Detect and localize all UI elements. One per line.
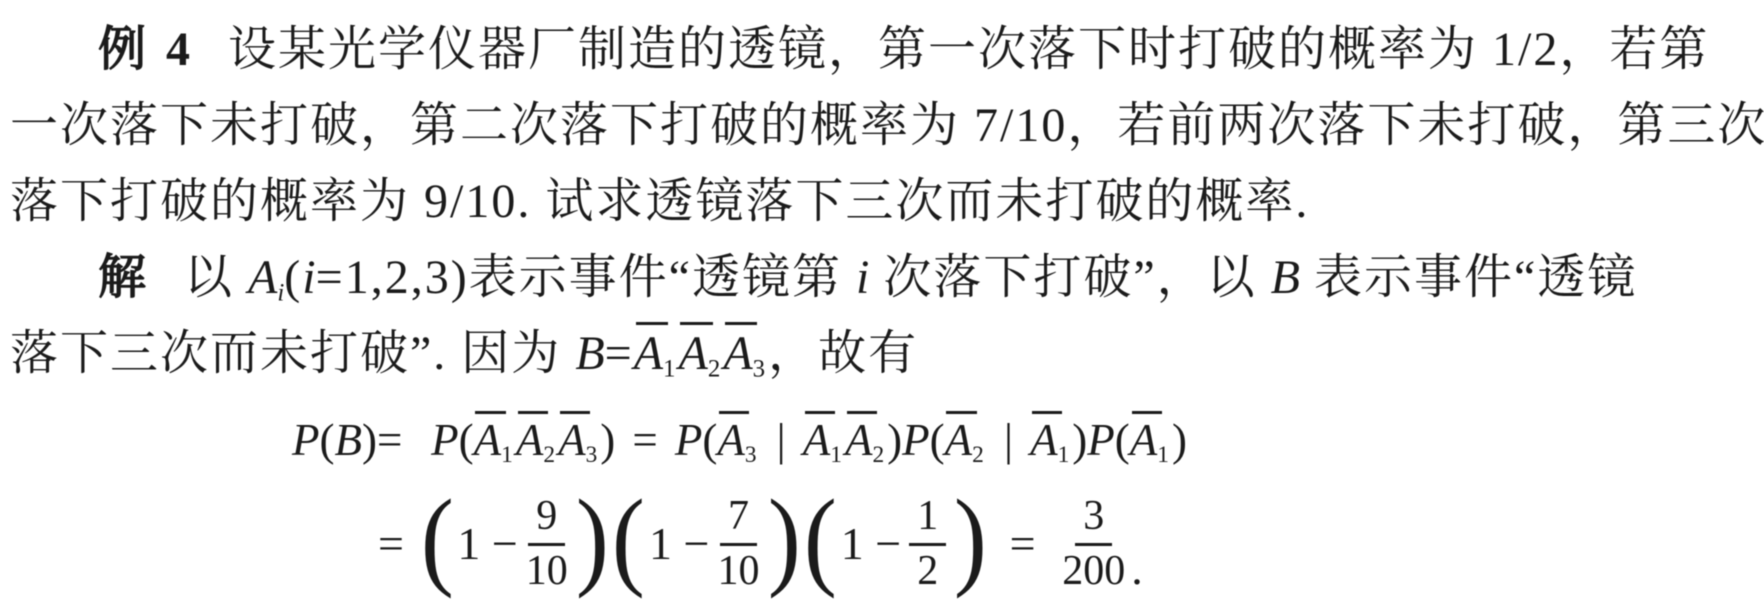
example-label: 例 4 [98,23,194,76]
overline-A: A [945,415,973,465]
math-var-B: B [1271,251,1300,304]
solution-label: 解 [98,251,150,304]
solution-text: 落下三次而未打破”. 因为 [10,327,575,380]
overline-A: A [803,415,831,465]
math-var-P: P [902,415,930,465]
problem-line-3: 落下打破的概率为 9/10. 试求透镜落下三次而未打破的概率. [10,164,1758,240]
event-A2-complement: A2 [679,327,721,380]
solution-text: 次落下打破”，以 [869,251,1270,304]
paren-close: ) [600,415,615,465]
equals-sign: = [1010,506,1036,582]
paren-open: ( [1115,415,1130,465]
period-mark: . [1131,531,1143,607]
one-minus-term: 1 − [649,506,709,582]
overline-A: A [634,327,663,380]
problem-line-2-text: 一次落下未打破，第二次落下打破的概率为 7/10，若前两次落下未打破，第三次 [10,99,1764,152]
math-var-B: B [575,327,604,380]
solution-text: =1,2,3)表示事件“透镜第 [316,251,856,304]
one-minus-term: 1 − [457,506,517,582]
subscript-1: 1 [663,355,675,382]
subscript-1: 1 [501,442,513,468]
event-A2-complement: A2 [516,415,555,465]
big-paren-close: ) [767,480,800,608]
event-A1-complement: A1 [1030,415,1069,465]
fraction-denominator: 200 [1062,546,1125,594]
paren-open: ( [930,415,945,465]
paren-close: ) [362,415,377,465]
conditional-bar: | [777,415,786,465]
equals-sign: = [632,415,657,465]
equals-sign: = [377,415,402,465]
math-var-P: P [292,415,320,465]
problem-line-1-text: 设某光学仪器厂制造的透镜，第一次落下时打破的概率为 1/2，若第 [228,23,1709,76]
document-page: 例 4设某光学仪器厂制造的透镜，第一次落下时打破的概率为 1/2，若第 一次落下… [0,0,1764,613]
paren-open: ( [284,251,302,304]
math-var-B: B [335,415,363,465]
fraction-numerator: 9 [528,494,565,545]
problem-line-2: 一次落下未打破，第二次落下打破的概率为 7/10，若前两次落下未打破，第三次 [10,88,1758,164]
overline-A: A [516,415,544,465]
fraction-numerator: 3 [1075,494,1112,545]
overline-A: A [1030,415,1058,465]
fraction-7-10: 710 [718,494,760,594]
subscript-1: 1 [830,442,842,468]
problem-line-3-text: 落下打破的概率为 9/10. 试求透镜落下三次而未打破的概率. [10,175,1309,228]
math-var-i: i [302,251,315,304]
subscript-3: 3 [586,442,598,468]
big-paren-close: ) [576,480,609,608]
paren-close: ) [1072,415,1087,465]
page-content: 例 4设某光学仪器厂制造的透镜，第一次落下时打破的概率为 1/2，若第 一次落下… [0,0,1764,608]
math-var-P: P [431,415,459,465]
fraction-denominator: 10 [718,546,760,594]
math-var-P: P [675,415,703,465]
fraction-denominator: 2 [917,546,938,594]
equals-sign: = [605,327,634,380]
subscript-2: 2 [543,442,555,468]
paren-open: ( [459,415,474,465]
overline-A: A [845,415,873,465]
event-A1-complement: A1 [1130,415,1169,465]
paren-close: ) [887,415,902,465]
problem-line-1: 例 4设某光学仪器厂制造的透镜，第一次落下时打破的概率为 1/2，若第 [10,12,1758,88]
paren-open: ( [702,415,717,465]
overline-A: A [717,415,745,465]
big-paren-open: ( [421,480,454,608]
fraction-numerator: 7 [720,494,757,545]
big-paren-close: ) [954,480,987,608]
event-A3-complement: A3 [717,415,756,465]
subscript-2: 2 [872,442,884,468]
subscript-1: 1 [1058,442,1070,468]
fraction-numerator: 1 [909,494,946,545]
math-var-A: A [248,251,277,304]
event-A1-complement: A1 [474,415,513,465]
solution-line-1: 解以 Ai(i=1,2,3)表示事件“透镜第 i 次落下打破”，以 B 表示事件… [10,240,1758,316]
fraction-result-3-200: 3200 [1062,494,1125,594]
solution-line-2: 落下三次而未打破”. 因为 B=A1A2A3，故有 [10,316,1758,392]
subscript-2: 2 [708,355,720,382]
formula-line-2: = ( 1 − 910 ) ( 1 − 710 ) ( 1 − 12 ) = 3… [378,480,1758,608]
big-paren-open: ( [612,480,645,608]
equals-sign: = [378,506,404,582]
fraction-denominator: 10 [526,546,568,594]
event-A2-complement: A2 [845,415,884,465]
overline-A: A [679,327,708,380]
solution-text: 表示事件“透镜 [1300,251,1637,304]
conditional-bar: | [1004,415,1013,465]
subscript-3: 3 [753,355,765,382]
fraction-9-10: 910 [526,494,568,594]
event-A3-complement: A3 [558,415,597,465]
paren-close: ) [1172,415,1187,465]
paren-open: ( [320,415,335,465]
event-A1-complement: A1 [803,415,842,465]
math-var-i: i [856,251,869,304]
one-minus-term: 1 − [841,506,901,582]
overline-A: A [1130,415,1158,465]
solution-text: ，故有 [768,327,918,380]
subscript-1: 1 [1157,442,1169,468]
event-A2-complement: A2 [945,415,984,465]
big-paren-open: ( [804,480,837,608]
math-var-P: P [1087,415,1115,465]
subscript-2: 2 [972,442,984,468]
solution-text: 以 [184,251,248,304]
formula-line-1: P(B)=P(A1A2A3)=P(A3|A1A2)P(A2|A1)P(A1) [292,404,1758,476]
fraction-1-2: 12 [909,494,946,594]
overline-A: A [558,415,586,465]
event-A1-complement: A1 [634,327,676,380]
event-A3-complement: A3 [723,327,765,380]
overline-A: A [474,415,502,465]
subscript-3: 3 [745,442,757,468]
overline-A: A [723,327,752,380]
